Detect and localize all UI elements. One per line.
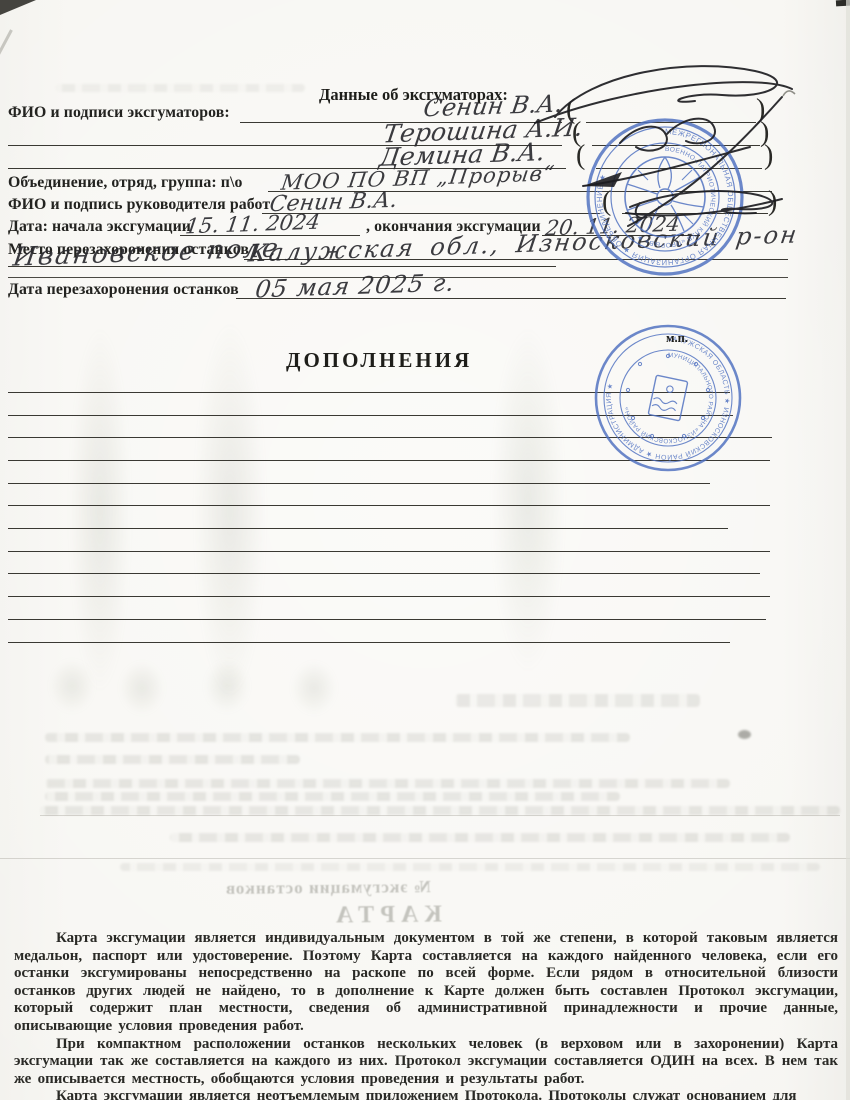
additions-heading: ДОПОЛНЕНИЯ — [286, 348, 472, 373]
footer-paragraphs: Карта эксгумации является индивидуальным… — [14, 930, 838, 1100]
bleed-text-bar — [40, 806, 840, 815]
svg-text:МУНИЦИПАЛЬНОГО РАЙОНА «ИЗНОСКО: МУНИЦИПАЛЬНОГО РАЙОНА «ИЗНОСКОВСКИЙ РАЙО… — [623, 352, 714, 444]
bleed-skeleton-column — [70, 330, 130, 690]
signature-stroke — [628, 97, 782, 226]
signatures-ink-overlay — [330, 55, 810, 255]
blank-ruled-line — [8, 505, 770, 506]
bleed-skull-shape — [50, 660, 94, 712]
scan-edge-band — [846, 0, 850, 1100]
bleed-rule-line — [0, 858, 850, 859]
footer-paragraph-2: При компактном расположении останков нес… — [14, 1036, 838, 1089]
bleed-text-bar — [45, 779, 730, 788]
unit-label: Объединение, отряд, группа: п\о — [8, 174, 242, 192]
scanned-exhumation-card-page: № эксгумации останков КАРТА Данные об эк… — [0, 0, 850, 1100]
signature-stroke — [535, 82, 792, 123]
bleed-skull-shape — [205, 660, 249, 712]
blank-ruled-line — [8, 619, 766, 620]
bleed-text-bar — [45, 755, 300, 764]
signature-stroke — [620, 119, 715, 151]
blank-ruled-line — [8, 551, 770, 552]
reburial-date-label: Дата перезахоронения останков — [8, 281, 239, 299]
blank-ruled-line — [8, 573, 760, 574]
scan-corner-artifact — [0, 0, 36, 15]
bleed-text-bar — [45, 733, 630, 742]
footer-paragraph-3: Карта эксгумации является неотъемлемым п… — [14, 1088, 838, 1100]
bleed-skeleton-column — [195, 325, 265, 695]
exhumers-label: ФИО и подписи эксгуматоров: — [8, 104, 230, 122]
leader-label: ФИО и подпись руководителя работ — [8, 196, 270, 214]
date-start-label: Дата: начала эксгумации — [8, 218, 191, 236]
bleed-text-bar — [455, 694, 700, 707]
bleed-mirrored-subtitle: № эксгумации останков — [225, 877, 431, 899]
blank-ruled-line — [8, 483, 710, 484]
bleed-text-bar — [170, 833, 790, 842]
footer-paragraph-1: Карта эксгумации является индивидуальным… — [14, 930, 838, 1036]
bleed-text-bar — [120, 863, 820, 871]
blank-ruled-line — [8, 528, 728, 529]
signature-stroke — [630, 191, 772, 213]
blank-ruled-line — [8, 596, 770, 597]
bleed-text-bar — [45, 792, 620, 801]
scan-pen-mark — [782, 86, 798, 100]
signature-arrowhead — [583, 172, 622, 187]
bleed-rule-line — [40, 815, 840, 816]
bleed-skull-shape — [120, 662, 164, 714]
blank-ruled-line — [8, 642, 730, 643]
scan-streak-artifact — [0, 29, 13, 60]
bleed-text-bar — [55, 84, 305, 92]
bleed-mirrored-title: КАРТА — [330, 902, 442, 930]
scan-smudge — [738, 730, 751, 739]
signature-stroke — [555, 66, 777, 117]
admin-stamp-inner-text: МУНИЦИПАЛЬНОГО РАЙОНА «ИЗНОСКОВСКИЙ РАЙО… — [623, 352, 714, 444]
stamp-place-label: м.п. — [666, 331, 688, 346]
bleed-skull-shape — [292, 662, 336, 714]
